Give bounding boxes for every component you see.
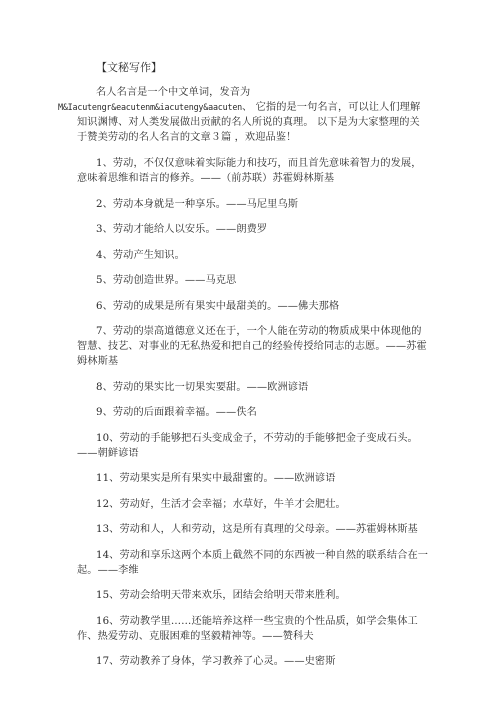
quote-item-5: 5、劳动创造世界。——马克思 [77,273,429,288]
quote-item-15: 15、劳动会给明天带来欢乐，团结会给明天带来胜利。 [77,588,429,603]
quote-item-3: 3、劳动才能给人以安乐。——朗费罗 [77,222,429,237]
intro-paragraph: 名人名言是一个中文单词，发音为M&Iacutengr&eacutenm&iacu… [77,85,429,145]
quote-item-11: 11、劳动果实是所有果实中最甜蜜的。——欧洲谚语 [77,471,429,486]
quote-item-14: 14、劳动和享乐这两个本质上截然不同的东西被一种自然的联系结合在一起。——李维 [77,548,429,578]
quote-item-9: 9、劳动的后面跟着幸福。——佚名 [77,405,429,420]
quote-item-12: 12、劳动好，生活才会幸福；水草好，牛羊才会肥壮。 [77,497,429,512]
quote-item-16: 16、劳动教学里……还能培养这样一些宝贵的个性品质，如学会集体工作、热爱劳动、克… [77,614,429,644]
quote-item-13: 13、劳动和人，人和劳动，这是所有真理的父母亲。——苏霍姆林斯基 [77,522,429,537]
quote-item-10: 10、劳动的手能够把石头变成金子，不劳动的手能够把金子变成石头。——朝鲜谚语 [77,431,429,461]
quote-item-17: 17、劳动教养了身体，学习教养了心灵。——史密斯 [77,654,429,669]
document-page: 【文秘写作】 名人名言是一个中文单词，发音为M&Iacutengr&eacute… [77,60,429,680]
quote-item-1: 1、劳动，不仅仅意味着实际能力和技巧，而且首先意味着智力的发展，意味着思维和语言… [77,156,429,186]
quote-item-8: 8、劳动的果实比一切果实要甜。——欧洲谚语 [77,380,429,395]
quote-item-4: 4、劳动产生知识。 [77,248,429,263]
quote-item-6: 6、劳动的成果是所有果实中最甜美的。——佛夫那格 [77,299,429,314]
quote-item-2: 2、劳动本身就是一种享乐。——马尼里乌斯 [77,197,429,212]
intro-pinyin: M&Iacutengr&eacutenm&iacutengy&aacuten [58,102,242,112]
document-heading: 【文秘写作】 [96,60,429,75]
intro-text-1: 名人名言是一个中文单词，发音为 [96,87,250,98]
quote-item-7: 7、劳动的崇高道德意义还在于，一个人能在劳动的物质成果中体现他的智慧、技艺、对事… [77,324,429,369]
